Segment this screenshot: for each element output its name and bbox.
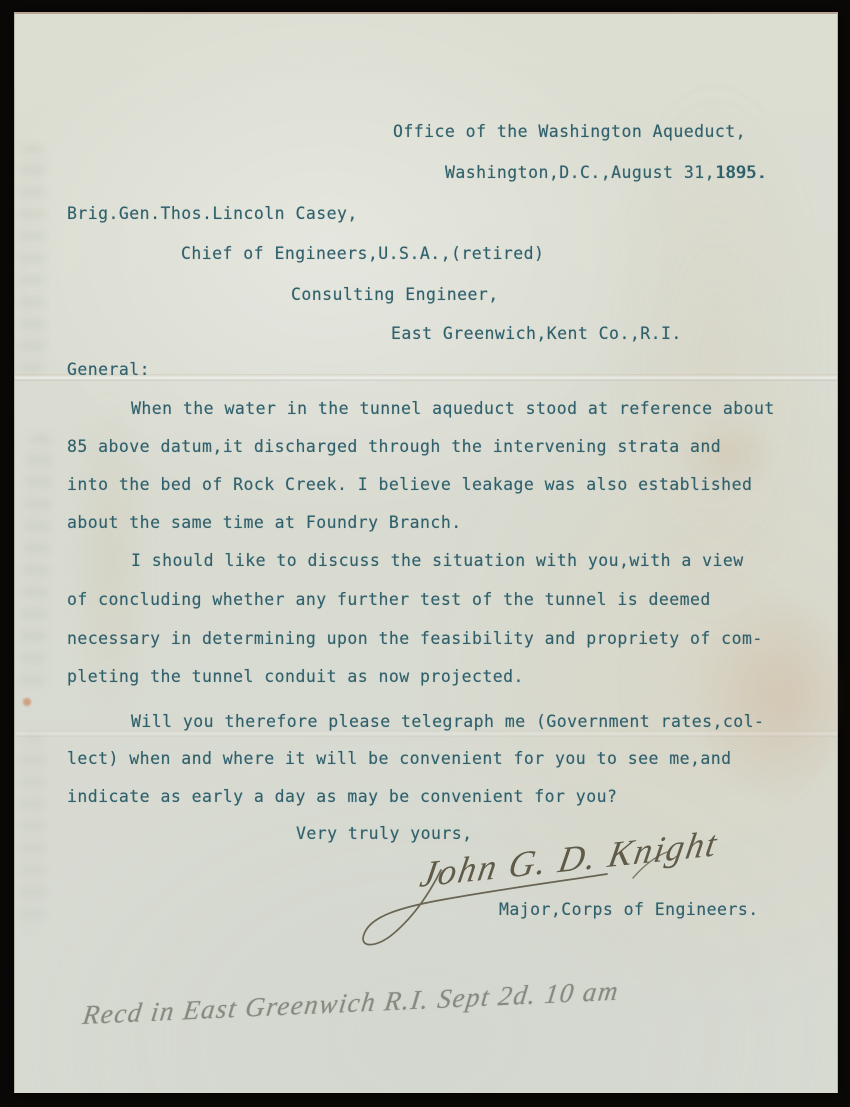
body-line: of concluding whether any further test o… bbox=[67, 590, 711, 610]
bleed-through-marks bbox=[19, 144, 45, 374]
received-note: Recd in East Greenwich R.I. Sept 2d. 10 … bbox=[81, 976, 621, 1032]
date-line: Washington,D.C.,August 31,1895. bbox=[445, 163, 767, 183]
body-line: When the water in the tunnel aqueduct st… bbox=[131, 399, 775, 419]
scan-backdrop: Office of the Washington Aqueduct, Washi… bbox=[0, 0, 850, 1107]
body-line: Will you therefore please telegraph me (… bbox=[131, 712, 764, 732]
body-line: I should like to discuss the situation w… bbox=[131, 551, 744, 571]
body-line: indicate as early a day as may be conven… bbox=[67, 787, 617, 807]
signer-title: Major,Corps of Engineers. bbox=[499, 900, 759, 920]
stain-right-edge bbox=[691, 589, 841, 804]
body-line: lect) when and where it will be convenie… bbox=[67, 749, 732, 769]
address-line: Consulting Engineer, bbox=[291, 285, 499, 305]
address-line: Chief of Engineers,U.S.A.,(retired) bbox=[181, 244, 544, 264]
date-year: 1895. bbox=[715, 163, 767, 182]
signature: John G. D. Knight bbox=[345, 842, 765, 952]
letter-paper: Office of the Washington Aqueduct, Washi… bbox=[14, 12, 838, 1093]
body-line: into the bed of Rock Creek. I believe le… bbox=[67, 475, 752, 495]
stain-dot bbox=[23, 698, 31, 706]
closing: Very truly yours, bbox=[296, 824, 473, 844]
address-line: Brig.Gen.Thos.Lincoln Casey, bbox=[67, 204, 358, 224]
bleed-through-marks bbox=[20, 734, 46, 934]
salutation: General: bbox=[67, 360, 150, 380]
body-line: pleting the tunnel conduit as now projec… bbox=[67, 667, 524, 687]
address-line: East Greenwich,Kent Co.,R.I. bbox=[391, 324, 682, 344]
body-line: about the same time at Foundry Branch. bbox=[67, 513, 462, 533]
body-line: necessary in determining upon the feasib… bbox=[67, 629, 763, 649]
office-line: Office of the Washington Aqueduct, bbox=[393, 122, 746, 142]
bleed-through-marks bbox=[18, 434, 53, 695]
date-prefix: Washington,D.C.,August 31, bbox=[445, 163, 715, 182]
body-line: 85 above datum,it discharged through the… bbox=[67, 437, 721, 457]
